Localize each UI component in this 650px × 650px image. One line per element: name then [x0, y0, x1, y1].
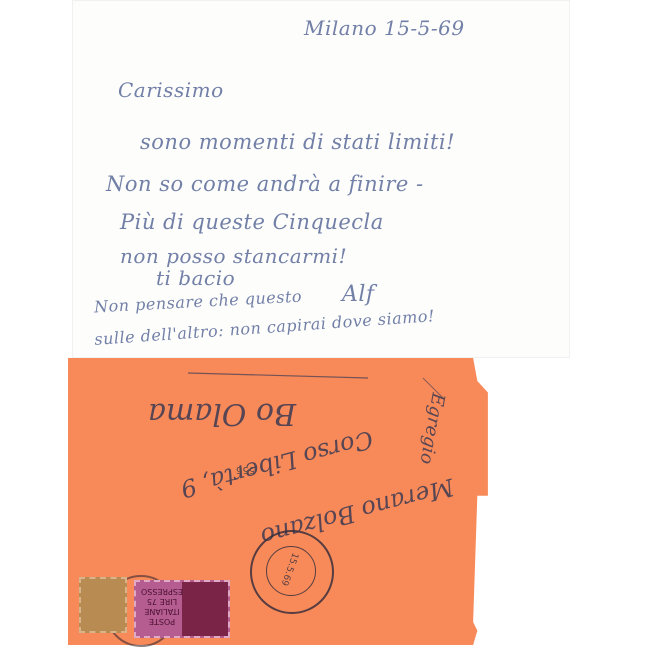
stamp-espresso-image [182, 582, 228, 636]
letter-signature: Alf [342, 282, 375, 307]
stamp-espresso-text: POSTE ITALIANE LIRE 75 ESPRESSO [140, 586, 184, 626]
stamp-brown [79, 577, 127, 633]
envelope-recipient-name: Bo Olama [148, 396, 296, 431]
letter-date: Milano 15-5-69 [304, 16, 465, 40]
letter-line-5: ti bacio [156, 266, 235, 290]
letter-line-3: Più di queste Cinquecla [120, 210, 384, 234]
letter-salutation: Carissimo [118, 78, 224, 102]
postmark: 15.5.69 [250, 530, 334, 614]
letter-postscript-1: Non pensare che questo [94, 287, 303, 317]
letter-sheet: Milano 15-5-69 Carissimo sono momenti di… [72, 0, 570, 358]
letter-line-2: Non so come andrà a finire - [106, 172, 424, 196]
letter-line-4: non posso stancarmi! [120, 244, 347, 268]
envelope-printed-number: 556 [236, 464, 255, 475]
stamp-espresso: POSTE ITALIANE LIRE 75 ESPRESSO [134, 580, 230, 638]
letter-line-1: sono momenti di stati limiti! [140, 130, 455, 154]
